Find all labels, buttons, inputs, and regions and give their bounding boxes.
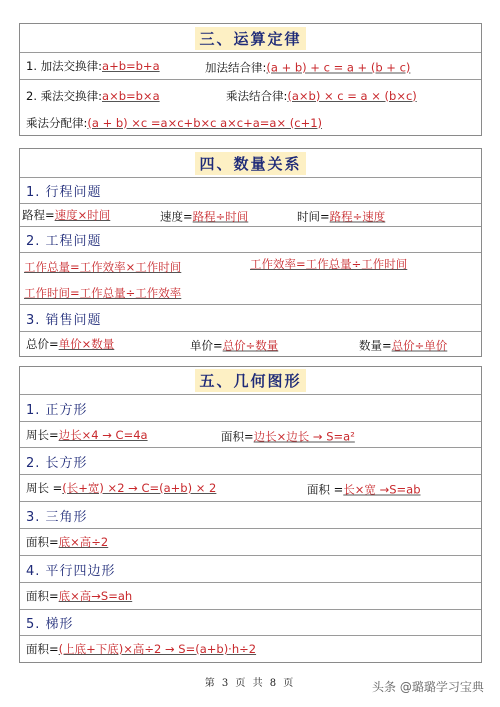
formula: 工作总量=工作效率×工作时间 — [24, 260, 181, 274]
formula: 路程÷时间 — [193, 210, 249, 224]
formula-label: 面积= — [26, 588, 59, 604]
formula: 长×宽 →S=ab — [343, 483, 420, 497]
formula-label: 周长 = — [26, 480, 62, 496]
formula-row: 总价=单价×数量 单价=总价÷数量 数量=总价÷单价 — [20, 331, 481, 356]
formula-row: 路程=速度×时间 速度=路程÷时间 时间=路程÷速度 — [20, 203, 481, 226]
section-quantity-relations: 四、数量关系 1. 行程问题 路程=速度×时间 速度=路程÷时间 时间=路程÷速… — [19, 148, 482, 357]
law-formula: a+b=b+a — [102, 59, 160, 73]
subsection-header: 5. 梯形 — [20, 609, 481, 635]
subsection-title: 4. 平行四边形 — [26, 560, 116, 579]
formula-label: 总价= — [26, 336, 59, 352]
section-title: 五、几何图形 — [195, 369, 305, 392]
formula: 边长×4 → C=4a — [59, 427, 148, 443]
formula: 边长×边长 → S=a² — [254, 429, 355, 443]
law-label: 加法结合律: — [205, 61, 266, 75]
subsection-title: 1. 行程问题 — [26, 181, 102, 200]
formula: 工作效率=工作总量÷工作时间 — [250, 256, 407, 272]
subsection-title: 2. 长方形 — [26, 452, 88, 471]
law-label: 乘法结合律: — [226, 89, 287, 103]
section-header: 五、几何图形 — [20, 367, 481, 394]
law-formula: (a×b) × c = a × (b×c) — [287, 89, 416, 103]
subsection-header: 1. 正方形 — [20, 394, 481, 421]
formula: (上底+下底)×高÷2 → S=(a+b)·h÷2 — [59, 641, 256, 657]
formula-label: 时间= — [297, 210, 330, 224]
formula-label: 面积= — [26, 641, 59, 657]
formula: 总价÷数量 — [223, 339, 279, 353]
formula-label: 速度= — [160, 210, 193, 224]
formula-label: 数量= — [359, 339, 392, 353]
formula: 单价×数量 — [59, 336, 115, 352]
section-title: 三、运算定律 — [195, 27, 305, 50]
formula: 工作时间=工作总量÷工作效率 — [24, 285, 181, 301]
subsection-title: 2. 工程问题 — [26, 230, 102, 249]
formula: 底×高÷2 — [59, 534, 109, 550]
law-formula: a×b=b×a — [102, 89, 160, 103]
subsection-header: 3. 三角形 — [20, 501, 481, 528]
formula-label: 面积= — [26, 534, 59, 550]
section-geometry: 五、几何图形 1. 正方形 周长=边长×4 → C=4a 面积=边长×边长 → … — [19, 366, 482, 663]
law-label: 乘法分配律: — [26, 116, 87, 130]
law-label: 1. 加法交换律: — [26, 58, 102, 74]
formula: 速度×时间 — [55, 207, 111, 223]
section-header: 四、数量关系 — [20, 149, 481, 177]
formula-row: 工作总量=工作效率×工作时间 工作效率=工作总量÷工作时间 工作时间=工作总量÷… — [20, 252, 481, 304]
subsection-header: 3. 销售问题 — [20, 304, 481, 331]
subsection-header: 1. 行程问题 — [20, 177, 481, 203]
subsection-title: 3. 销售问题 — [26, 309, 102, 328]
formula-label: 单价= — [190, 339, 223, 353]
formula-row: 面积=底×高÷2 — [20, 528, 481, 555]
formula-label: 周长= — [26, 427, 59, 443]
subsection-header: 4. 平行四边形 — [20, 555, 481, 582]
subsection-header: 2. 长方形 — [20, 447, 481, 474]
law-row: 2. 乘法交换律:a×b=b×a 乘法结合律:(a×b) × c = a × (… — [20, 79, 481, 135]
watermark: 头条 @璐璐学习宝典 — [372, 678, 484, 695]
law-formula: (a + b) ×c =a×c+b×c a×c+a=a× (c+1) — [87, 116, 322, 130]
section-title: 四、数量关系 — [195, 152, 305, 175]
law-formula: (a + b) + c = a + (b + c) — [266, 61, 410, 75]
subsection-header: 2. 工程问题 — [20, 226, 481, 252]
formula: 底×高→S=ah — [59, 588, 133, 604]
formula: (长+宽) ×2 → C=(a+b) × 2 — [62, 480, 216, 496]
formula-row: 周长 = (长+宽) ×2 → C=(a+b) × 2 面积 =长×宽 →S=a… — [20, 474, 481, 501]
law-row: 1. 加法交换律: a+b=b+a 加法结合律:(a + b) + c = a … — [20, 52, 481, 79]
formula: 路程÷速度 — [330, 210, 386, 224]
formula-label: 面积 = — [307, 483, 343, 497]
section-operation-laws: 三、运算定律 1. 加法交换律: a+b=b+a 加法结合律:(a + b) +… — [19, 23, 482, 136]
section-header: 三、运算定律 — [20, 24, 481, 52]
subsection-title: 1. 正方形 — [26, 399, 88, 418]
law-label: 2. 乘法交换律: — [26, 89, 102, 103]
formula-label: 路程= — [22, 207, 55, 223]
formula-row: 面积=底×高→S=ah — [20, 582, 481, 609]
subsection-title: 3. 三角形 — [26, 506, 88, 525]
formula: 总价÷单价 — [392, 339, 448, 353]
formula-row: 周长=边长×4 → C=4a 面积=边长×边长 → S=a² — [20, 421, 481, 447]
formula-row: 面积=(上底+下底)×高÷2 → S=(a+b)·h÷2 — [20, 635, 481, 662]
formula-label: 面积= — [221, 429, 254, 443]
subsection-title: 5. 梯形 — [26, 613, 74, 632]
